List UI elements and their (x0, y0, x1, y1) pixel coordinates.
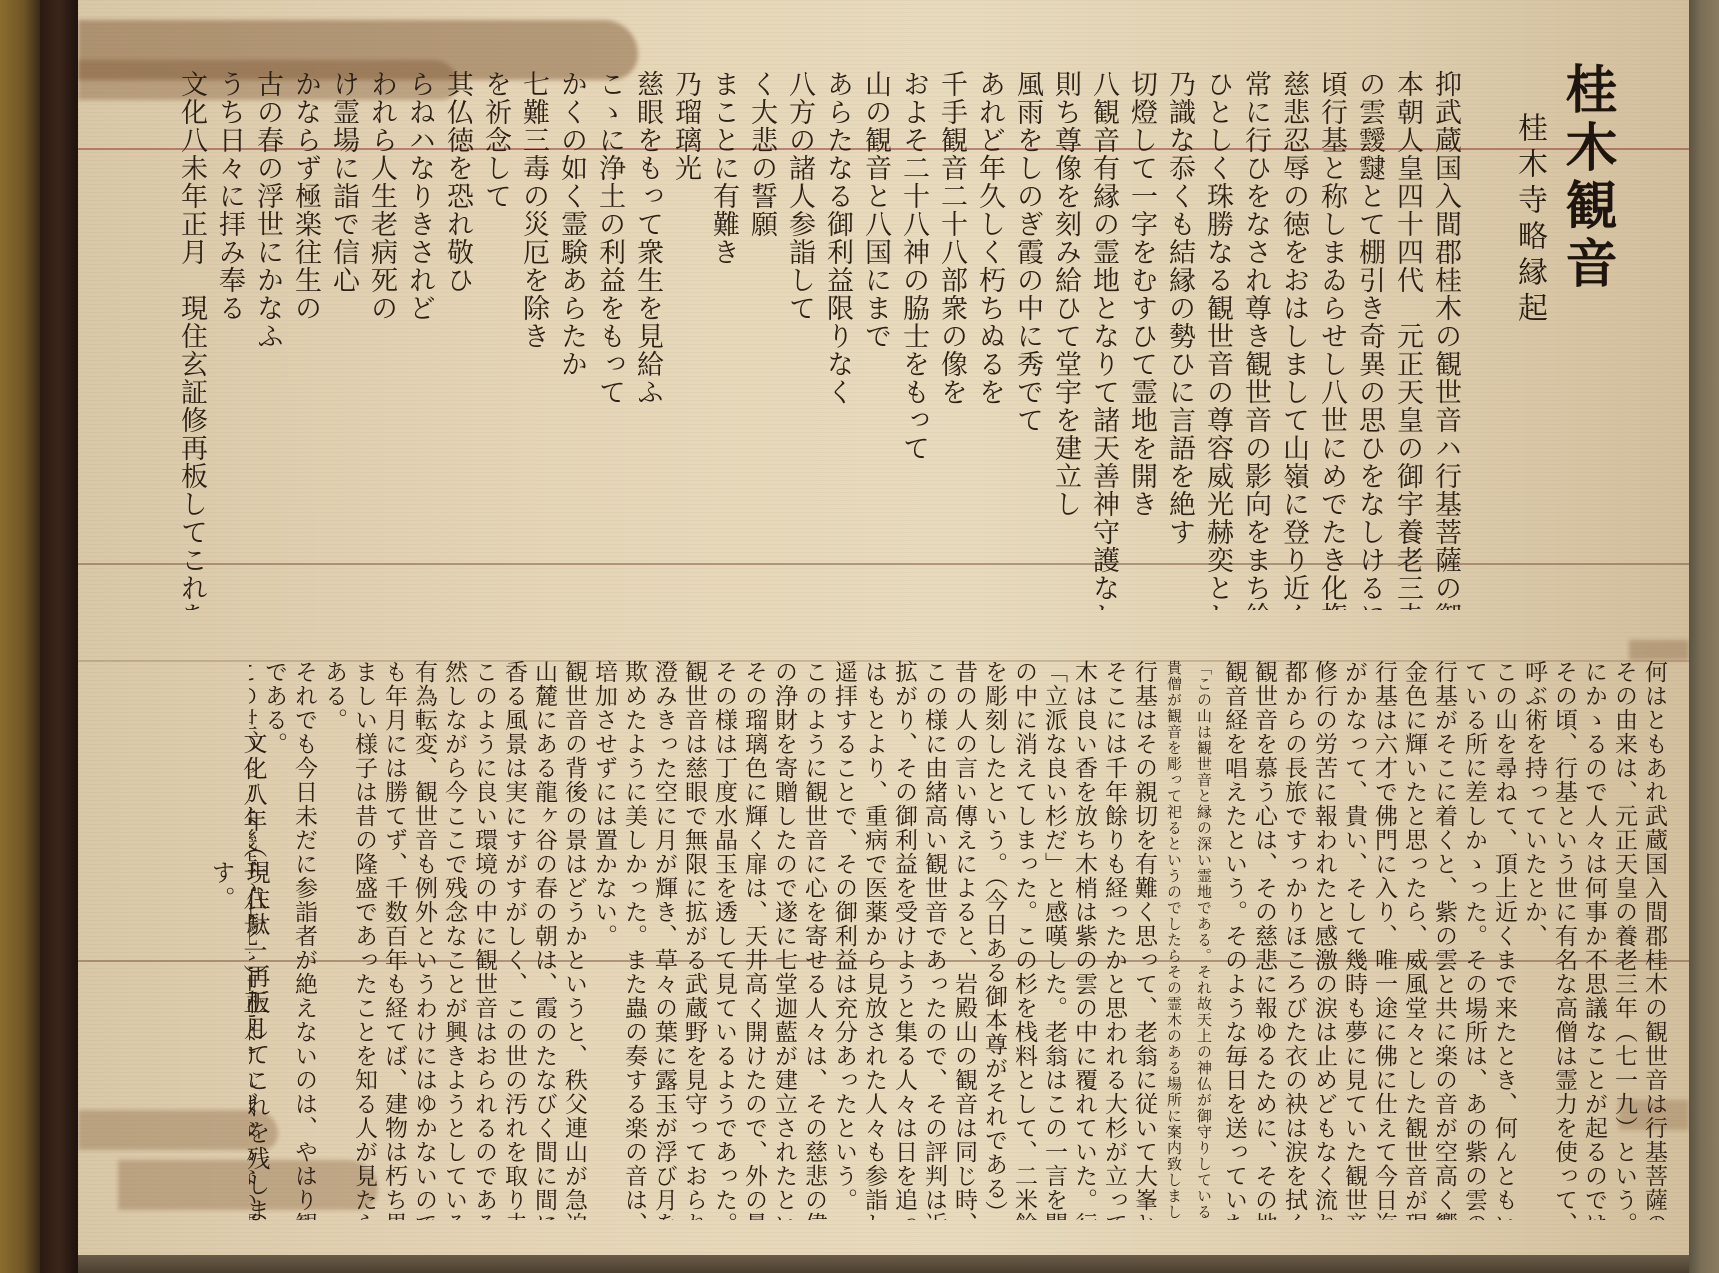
frame-right (1689, 0, 1719, 1273)
modern-text-column: その頃、行基という世に有名な高僧は霊力を使って、広大無辺な佛の慈悲を (1549, 660, 1579, 1220)
old-text-column: 七難三毒の災厄を除き (514, 70, 552, 610)
old-text-column: の雲靉靆とて棚引き奇異の思ひをなしけるに其 (1350, 70, 1388, 610)
modern-text-column: 呼ぶ術を持っていたとか、 (1519, 660, 1549, 1220)
old-text-column: 其仏徳を恐れ敬ひ (438, 70, 476, 610)
modern-text-column: も年月には勝てず、千数百年も経てば、建物は朽ち果て、見る影もなく、その痛 (379, 660, 409, 1220)
modern-text-column: 欺めたように美しかった。また蟲の奏する楽の音は、更にこの世の観喜を (619, 660, 649, 1220)
wooden-signboard: 桂木観音 桂木寺略縁起 抑武蔵国入間郡桂木の観世音ハ行基菩薩の御作なり其由来を尋… (78, 0, 1689, 1255)
old-text-column: 風雨をしのぎ霞の中に秀でて (1008, 70, 1046, 610)
modern-text-column: 有為転変、観世音も例外というわけにはゆかないのである。昔栄えた霊場 (409, 660, 439, 1220)
modern-text-column: ている所に差しかゝった。その場所は、あの紫の雲のかゝる所である。 (1459, 660, 1489, 1220)
old-text-section: 抑武蔵国入間郡桂木の観世音ハ行基菩薩の御作なり其由来を尋ぬ 本朝人皇四十四代 元… (144, 70, 1464, 610)
old-text-column: 本朝人皇四十四代 元正天皇の御宇養老三未年の頃此山に紫 (1388, 70, 1426, 610)
modern-text-column: そこには千年餘りも経ったかと思われる大杉が立っていた。風雨に耐えぬいた霊 (1099, 660, 1129, 1220)
old-text-column: 古の春の浮世にかなふ (248, 70, 286, 610)
old-text-column: あらたなる御利益限りなく (818, 70, 856, 610)
modern-text-column: 行基はその親切を有難く思って、老翁に従いて大峯という所に行った。 (1129, 660, 1159, 1220)
sign-subtitle: 桂木寺略縁起 (1514, 112, 1544, 328)
sign-title: 桂木観音 (1560, 62, 1612, 294)
modern-text-column: 観音経を唱えたという。そのような毎日を送っていた或る日、老翁が訪れて (1219, 660, 1249, 1220)
modern-text-column: 昔の人の言い傳えによると、岩殿山の観音は同じ時、同じ栈料で作られたと。 (949, 660, 979, 1220)
modern-text-column: 都からの長旅ですっかりほころびた衣の袂は涙を拭くのに忙しく、乾く間がなかった。 (1279, 660, 1309, 1220)
old-text-column: われら人生老病死の (362, 70, 400, 610)
modern-text-column: ましい様子は昔の隆盛であったことを知る人が見たら涙なくしては見られないので (349, 660, 379, 1220)
modern-text-section: 何はともあれ武蔵国入間郡桂木の観世音は行基菩薩の御作になったものである。 その由… (249, 660, 1669, 1220)
modern-text-column: 金色に輝いたと思ったら、威風堂々とした観世音が現然と現れた。 (1399, 660, 1429, 1220)
modern-text-column: 観世音の背後の景はどうかというと、秩父連山が急迫して屏風となり、その (559, 660, 589, 1220)
modern-text-column: 「この山は観世音と縁の深い霊地である。それ故天上の神仏が御守りしている所である。… (1189, 660, 1219, 1220)
frame-bottom (78, 1255, 1689, 1273)
modern-text-column: 「立派な良い杉だ」と感嘆した。老翁はこの一言を聞くと安心して紫の雲 (1039, 660, 1069, 1220)
modern-text-column: 香る風景は実にすがすがしく、この世の汚れを取り去ってくれるように思われた。 (499, 660, 529, 1220)
modern-text-column: 培加させずには置かない。 (589, 660, 619, 1220)
modern-text-column: この山を尋ねて、頂上近くまで来たとき、何んともいえない芳い香が一面に満ち (1489, 660, 1519, 1220)
modern-text-column: 行基がそこに着くと、紫の雲と共に楽の音が空高く響きわたり、あたりが (1429, 660, 1459, 1220)
modern-text-column: 修行の労苦に報われたと感激の涙は止めどもなく流れた。 (1309, 660, 1339, 1220)
modern-text-column: 貴僧が観音を彫って祀るというのでしたらその霊木のある場所に案内致しましょう」とい… (1159, 660, 1189, 1220)
modern-text-column: 山麓にある龍ヶ谷の春の朝は、霞のたなびく間に間に櫻の華が咲き乱れて (529, 660, 559, 1220)
modern-text-column: 何はともあれ武蔵国入間郡桂木の観世音は行基菩薩の御作になったものである。 (1639, 660, 1669, 1220)
old-text-column: 乃識な忝くも結縁の勢ひに言語を絶す (1160, 70, 1198, 610)
old-text-column: ひとしく珠勝なる観世音の尊容威光赫奕として (1198, 70, 1236, 610)
modern-text-column: ある。 (319, 660, 349, 1220)
frame-left (40, 0, 78, 1273)
modern-text-column: の中に消えてしまった。この杉を栈料として、二米餘の千手観音と廿八体の脇士 (1009, 660, 1039, 1220)
modern-text-column: を彫刻したという。（今日ある御本尊がそれである） (979, 660, 1009, 1220)
old-text-column: かならず極楽往生の (286, 70, 324, 610)
modern-text-column: の浄財を寄贈したので遂に七堂迦藍が建立されたという。 (769, 660, 799, 1220)
old-text-column: 切燈して一字をむすひて霊地を開き (1122, 70, 1160, 610)
modern-text-column: がかなって、貴い、そして幾時も夢に見ていた観世音に会えた喜びは、その長い (1339, 660, 1369, 1220)
old-text-column: 抑武蔵国入間郡桂木の観世音ハ行基菩薩の御作なり其由来を尋ぬ (1426, 70, 1464, 610)
modern-text-column: 行基は六才で佛門に入り、唯一途に佛に仕えて今日迄来たが、今その念願 (1369, 660, 1399, 1220)
old-text-column: 慈悲忍辱の徳をおはしまして山嶺に登り近く所を尋ね (1274, 70, 1312, 610)
old-text-column: あれど年久しく朽ちぬるを (970, 70, 1008, 610)
old-text-column: らねハなりきされど (400, 70, 438, 610)
old-text-column: およそ二十八神の脇士をもって (894, 70, 932, 610)
old-text-column: 千手観音二十八部衆の像を (932, 70, 970, 610)
modern-text-column: その瑠璃色に輝く扉は、天井高く開けたので、外の景色が採り入れられたので (739, 660, 769, 1220)
modern-text-column: はもとより、重病で医薬から見放された人々も参詣し、或は体の動かせない人は (859, 660, 889, 1220)
old-text-column: 常に行ひをなされ尊き観世音の影向をまち給ふ所に (1236, 70, 1274, 610)
water-stain-right (1629, 640, 1689, 660)
old-text-column: 八観音有縁の霊地となりて諸天善神守護なし給ふ (1084, 70, 1122, 610)
frame-outer-left (0, 0, 40, 1273)
old-text-column: うち日々に拝み奉る (210, 70, 248, 610)
modern-text-column: 遥拝することで、その御利益は充分あったという。 (829, 660, 859, 1220)
modern-text-column: このように良い環境の中に観世音はおられるのである。 (469, 660, 499, 1220)
modern-text-column: その様は丁度水晶玉を透して見ているようであった。 (709, 660, 739, 1220)
modern-text-column: 観世音を慕う心は、その慈悲に報ゆるために、その地に草庵を建て、唯一心に (1249, 660, 1279, 1220)
modern-text-column: この様に由緒高い観世音であったので、その評判は近隣はもとより、遠くの地まで (919, 660, 949, 1220)
old-text-column: かくの如く霊験あらたか (552, 70, 590, 610)
old-text-column: 則ち尊像を刻み給ひて堂宇を建立し (1046, 70, 1084, 610)
old-text-column: け霊場に詣で信心 (324, 70, 362, 610)
old-text-column: 八方の諸人参詣して (780, 70, 818, 610)
modern-text-column: 観世音は慈眼で無限に拡がる武蔵野を見守っておられる。秋の夕景色は (679, 660, 709, 1220)
modern-text-column: その由来は、元正天皇の養老三年（七一九）という。この山の附近に、紫の雲がしきり (1609, 660, 1639, 1220)
modern-text-column: にかゝるので人々は何事か不思議なことが起るのではないかと心配していた。 (1579, 660, 1609, 1220)
old-text-column: 乃瑠璃光 (666, 70, 704, 610)
modern-text-column: 然しながら今ここで残念なことが興きようとしている。それは世の慣いとはいえ、 (439, 660, 469, 1220)
old-text-column: を祈念して (476, 70, 514, 610)
old-text-column: く大悲の誓願 (742, 70, 780, 610)
modern-text-column: 拡がり、その御利益を受けようと集る人々は日を追ってふえていった。水難火難 (889, 660, 919, 1220)
modern-text-column: それでも今日未だに参詣者が絶えないのは、やはり観世音の御利益の賜物で (289, 660, 319, 1220)
old-text-column: 頃行基と称しまゐらせし八世にめでたき化権化の聖にてお (1312, 70, 1350, 610)
modern-text-column: 澄みきった空に月が輝き、草々の葉に露玉が浮び月を映す様は、宝石をちり (649, 660, 679, 1220)
modern-text-column: このように観世音に心を寄せる人々は、その慈悲の偉大さに報ゆるために多く (799, 660, 829, 1220)
old-text-column: 慈眼をもって衆生を見給ふ (628, 70, 666, 610)
modern-text-column: 木は良い香を放ち木梢は紫の雲の中に覆れていた。行基はこれを見て、 (1069, 660, 1099, 1220)
old-text-column: こゝに浄土の利益をもって (590, 70, 628, 610)
signature-author: 現住駄 再板してこれを残します。 (204, 860, 274, 1255)
old-text-column: まことに有難き (704, 70, 742, 610)
old-text-column: 山の観音と八国にまで (856, 70, 894, 610)
old-text-column: 文化八未年正月 現住玄証修再板してこれを誌ふ (172, 70, 210, 610)
